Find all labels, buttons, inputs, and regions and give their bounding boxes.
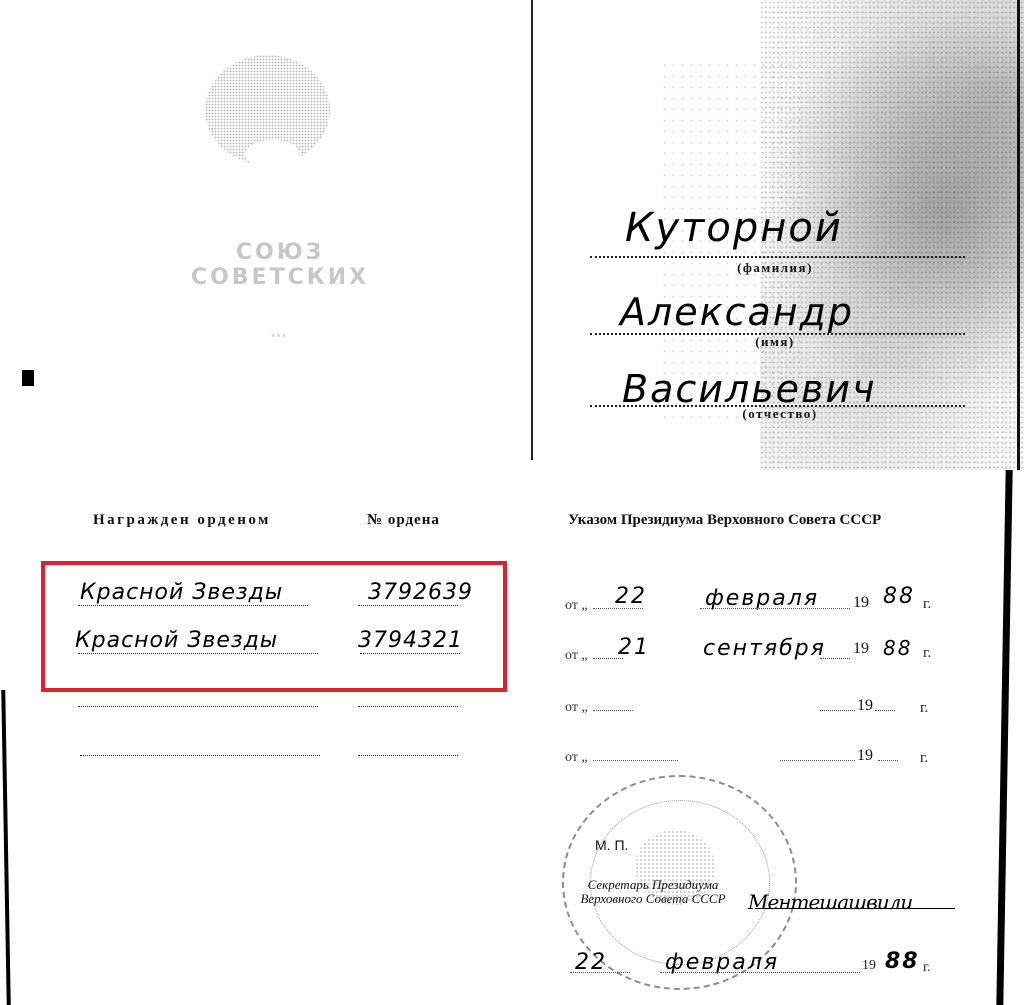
award-number-line-empty	[358, 755, 458, 756]
decree-prefix: от „	[565, 750, 588, 766]
first-name-caption: (имя)	[730, 334, 820, 350]
signing-century: 19	[862, 958, 876, 974]
decree-century: 19	[853, 640, 869, 658]
faded-heading: СОВЕТСКИХ	[150, 265, 410, 290]
secretary-title: Секретарь Президиума Верховного Совета С…	[563, 878, 743, 906]
page-edge	[1, 690, 10, 1005]
surname-value: Куторной	[625, 205, 843, 251]
page-edge	[1017, 0, 1020, 470]
decree-century: 19	[857, 697, 873, 715]
award-line-empty	[78, 706, 318, 707]
scan-mark	[22, 370, 34, 386]
decree-day: 22	[615, 584, 647, 609]
red-highlight-box	[41, 561, 507, 692]
decree-prefix: от „	[565, 598, 588, 614]
decree-day: 21	[618, 635, 650, 660]
award-line-empty	[80, 755, 320, 756]
signing-year: 88	[885, 949, 920, 974]
award-number-line-empty	[358, 706, 458, 707]
awarded-header: Награжден орденом	[93, 512, 271, 529]
surname-caption: (фамилия)	[700, 260, 850, 276]
page-edge	[996, 470, 1012, 1005]
seal-place-label: М. П.	[595, 837, 628, 853]
decree-suffix: г.	[923, 596, 931, 613]
signing-suffix: г.	[923, 960, 931, 976]
signature-underline	[755, 908, 955, 909]
decree-prefix: от „	[565, 648, 588, 664]
decree-year: 88	[883, 584, 915, 609]
order-number-header: № ордена	[367, 512, 440, 529]
patronymic-caption: (отчество)	[715, 406, 845, 422]
decree-suffix: г.	[920, 700, 928, 717]
first-name-value: Александр	[620, 290, 854, 334]
faded-heading: …	[150, 322, 410, 341]
decree-century: 19	[857, 747, 873, 765]
faded-heading: СОЮЗ	[150, 240, 410, 265]
decree-century: 19	[853, 594, 869, 612]
decree-suffix: г.	[923, 645, 931, 662]
decree-month: сентября	[703, 636, 826, 661]
decree-year: 88	[883, 636, 912, 660]
secretary-signature: Ментешашвили	[748, 890, 912, 914]
decree-header: Указом Президиума Верховного Совета СССР	[568, 512, 881, 529]
page-fold-line	[531, 0, 533, 460]
decree-suffix: г.	[920, 750, 928, 767]
surname-line	[590, 256, 965, 258]
decree-prefix: от „	[565, 700, 588, 716]
